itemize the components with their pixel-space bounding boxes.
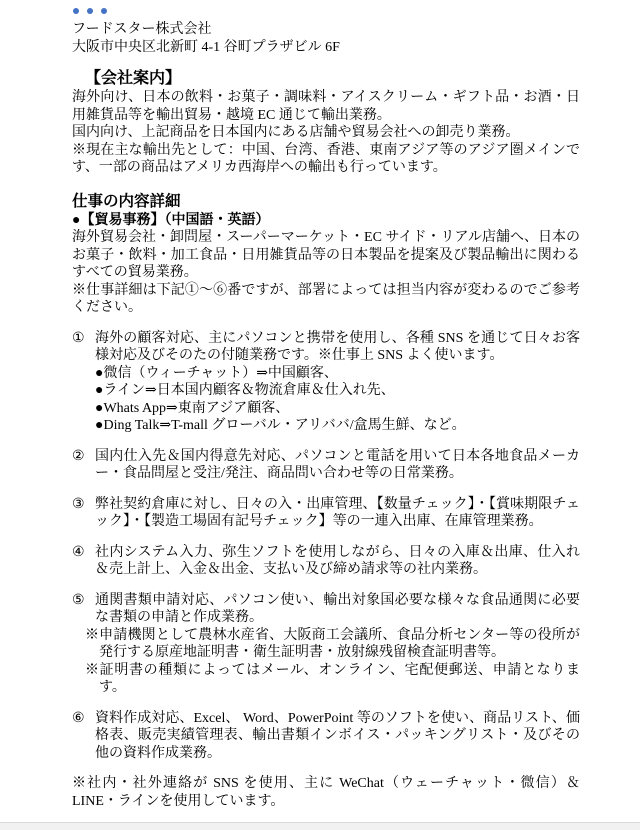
item-bullet: ●微信（ウィーチャット）⇒中国顧客、 [95,365,580,383]
window-bottom-edge [0,822,640,830]
item-text: 国内仕入先＆国内得意先対応、パソコンと電話を用いて日本各地食品メーカー・食品問屋… [95,448,580,483]
dot-icon [73,8,79,14]
item-number: ④ [72,544,95,579]
more-dots-icon [72,6,580,21]
company-info-paragraph: 国内向け、上記商品を日本国内にある店舗や貿易会社への卸売り業務。 [72,124,580,142]
dot-icon [101,8,107,14]
job-item-4: ④ 社内システム入力、弥生ソフトを使用しながら、日々の入庫＆出庫、仕入れ＆売上計… [72,544,580,579]
job-item-6: ⑥ 資料作成対応、Excel、 Word、PowerPoint 等のソフトを使い… [72,710,580,763]
section-heading-job-details: 仕事の内容詳細 [72,192,580,212]
item-note: ※証明書の種類によってはメール、オンライン、宅配便郵送、申請となります。 [85,662,580,697]
item-bullet: ●ライン⇒日本国内顧客＆物流倉庫＆仕入れ先、 [95,382,580,400]
document-page: フードスター株式会社 大阪市中央区北新町 4-1 谷町プラザビル 6F 【会社案… [0,0,640,810]
item-text: 弊社契約倉庫に対し、日々の入・出庫管理、【数量チェック】・【賞味期限チェック】・… [95,496,580,531]
job-note-paragraph: ※仕事詳細は下記①～⑥番ですが、部署によっては担当内容が変わるのでご参考ください… [72,282,580,317]
item-text: 資料作成対応、Excel、 Word、PowerPoint 等のソフトを使い、商… [95,710,580,763]
job-item-3: ③ 弊社契約倉庫に対し、日々の入・出庫管理、【数量チェック】・【賞味期限チェック… [72,496,580,531]
dot-icon [87,8,93,14]
sns-usage-note: ※社内・社外連絡が SNS を使用、主に WeChat（ウェーチャット・微信）＆… [72,775,580,810]
job-item-5: ⑤ 通関書類申請対応、パソコン使い、輸出対象国必要な様々な食品通関に必要な書類の… [72,592,580,697]
item-text: 海外の顧客対応、主にパソコンと携帯を使用し、各種 SNS を通じて日々お客様対応… [95,330,580,365]
item-number: ① [72,330,95,435]
item-bullet: ●Whats App⇒東南アジア顧客、 [95,400,580,418]
company-info-paragraph: 海外向け、日本の飲料・お菓子・調味料・アイスクリーム・ギフト品・お酒・日用雑貨品… [72,89,580,124]
section-heading-company-info: 【会社案内】 [72,69,580,89]
item-number: ⑥ [72,710,95,763]
item-text: 通関書類申請対応、パソコン使い、輸出対象国必要な様々な食品通関に必要な書類の申請… [95,592,580,627]
item-note: ※申請機関として農林水産省、大阪商工会議所、食品分析センター等の役所が発行する原… [85,627,580,662]
job-intro-paragraph: 海外貿易会社・卸問屋・スーパーマーケット・EC サイド・リアル店舗へ、日本のお菓… [72,229,580,282]
company-info-paragraph: ※現在主な輸出先として：中国、台湾、香港、東南アジア等のアジア圏メインです、一部… [72,142,580,177]
item-text: 社内システム入力、弥生ソフトを使用しながら、日々の入庫＆出庫、仕入れ＆売上計上、… [95,544,580,579]
job-role-line: ●【貿易事務】（中国語・英語） [72,212,580,230]
item-number: ③ [72,496,95,531]
company-address: 大阪市中央区北新町 4-1 谷町プラザビル 6F [72,39,580,57]
job-item-1: ① 海外の顧客対応、主にパソコンと携帯を使用し、各種 SNS を通じて日々お客様… [72,330,580,435]
company-name: フードスター株式会社 [72,21,580,39]
item-number: ② [72,448,95,483]
item-bullet: ●Ding Talk⇒T-mall グローバル・アリババ/盒馬生鮮、など。 [95,417,580,435]
job-item-2: ② 国内仕入先＆国内得意先対応、パソコンと電話を用いて日本各地食品メーカー・食品… [72,448,580,483]
